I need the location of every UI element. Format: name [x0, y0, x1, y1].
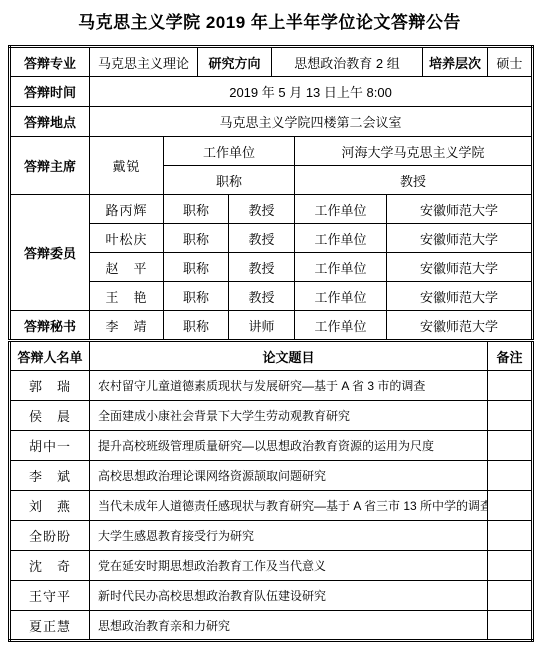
committee-work-value: 安徽师范大学 [387, 195, 533, 224]
thesis-title: 高校思想政治理论课网络资源颉取问题研究 [90, 461, 488, 491]
level-value: 硕士 [488, 47, 533, 77]
thesis-title: 提升高校班级管理质量研究—以思想政治教育资源的运用为尺度 [90, 431, 488, 461]
defense-row: 夏正慧 思想政治教育亲和力研究 [10, 611, 533, 641]
direction-label: 研究方向 [198, 47, 272, 77]
committee-work-label: 工作单位 [295, 253, 387, 282]
defender-name: 夏正慧 [10, 611, 90, 641]
committee-member-name: 路丙辉 [90, 195, 164, 224]
defender-name: 全盼盼 [10, 521, 90, 551]
thesis-title: 大学生感恩教育接受行为研究 [90, 521, 488, 551]
chair-work-label: 工作单位 [164, 137, 295, 166]
secretary-work-label: 工作单位 [295, 311, 387, 341]
defense-row: 李 斌 高校思想政治理论课网络资源颉取问题研究 [10, 461, 533, 491]
committee-title-value: 教授 [229, 224, 295, 253]
remark-cell [488, 371, 533, 401]
committee-work-value: 安徽师范大学 [387, 224, 533, 253]
place-label: 答辩地点 [10, 107, 90, 137]
committee-work-label: 工作单位 [295, 195, 387, 224]
time-label: 答辩时间 [10, 77, 90, 107]
committee-member-row: 答辩委员 路丙辉 职称 教授 工作单位 安徽师范大学 [10, 195, 533, 224]
thesis-title: 思想政治教育亲和力研究 [90, 611, 488, 641]
committee-member-name: 叶松庆 [90, 224, 164, 253]
chair-work-value: 河海大学马克思主义学院 [295, 137, 533, 166]
committee-title-label: 职称 [164, 224, 229, 253]
secretary-name: 李 靖 [90, 311, 164, 341]
thesis-title: 全面建成小康社会背景下大学生劳动观教育研究 [90, 401, 488, 431]
defense-announcement-table: 答辩专业 马克思主义理论 研究方向 思想政治教育 2 组 培养层次 硕士 答辩时… [8, 45, 534, 642]
defender-name: 胡中一 [10, 431, 90, 461]
committee-work-value: 安徽师范大学 [387, 282, 533, 311]
thesis-title: 当代未成年人道德责任感现状与教育研究—基于 A 省三市 13 所中学的调查 [90, 491, 488, 521]
defender-name: 刘 燕 [10, 491, 90, 521]
remark-column-header: 备注 [488, 341, 533, 371]
place-value: 马克思主义学院四楼第二会议室 [90, 107, 533, 137]
committee-work-value: 安徽师范大学 [387, 253, 533, 282]
remark-cell [488, 431, 533, 461]
defender-name: 侯 晨 [10, 401, 90, 431]
committee-title-value: 教授 [229, 253, 295, 282]
row-secretary: 答辩秘书 李 靖 职称 讲师 工作单位 安徽师范大学 [10, 311, 533, 341]
remark-cell [488, 461, 533, 491]
committee-member-name: 王 艳 [90, 282, 164, 311]
defender-name: 李 斌 [10, 461, 90, 491]
committee-work-label: 工作单位 [295, 224, 387, 253]
defense-row: 沈 奇 党在延安时期思想政治教育工作及当代意义 [10, 551, 533, 581]
secretary-title-label: 职称 [164, 311, 229, 341]
defense-list-header: 答辩人名单 论文题目 备注 [10, 341, 533, 371]
chair-label: 答辩主席 [10, 137, 90, 195]
thesis-column-header: 论文题目 [90, 341, 488, 371]
committee-title-value: 教授 [229, 195, 295, 224]
remark-cell [488, 521, 533, 551]
committee-title-value: 教授 [229, 282, 295, 311]
thesis-title: 新时代民办高校思想政治教育队伍建设研究 [90, 581, 488, 611]
remark-cell [488, 581, 533, 611]
remark-cell [488, 401, 533, 431]
major-value: 马克思主义理论 [90, 47, 198, 77]
row-chair-work: 答辩主席 戴锐 工作单位 河海大学马克思主义学院 [10, 137, 533, 166]
defender-name: 王守平 [10, 581, 90, 611]
remark-cell [488, 551, 533, 581]
time-value: 2019 年 5 月 13 日上午 8:00 [90, 77, 533, 107]
secretary-label: 答辩秘书 [10, 311, 90, 341]
major-label: 答辩专业 [10, 47, 90, 77]
remark-cell [488, 491, 533, 521]
committee-member-name: 赵 平 [90, 253, 164, 282]
chair-name: 戴锐 [90, 137, 164, 195]
defense-row: 刘 燕 当代未成年人道德责任感现状与教育研究—基于 A 省三市 13 所中学的调… [10, 491, 533, 521]
remark-cell [488, 611, 533, 641]
secretary-work-value: 安徽师范大学 [387, 311, 533, 341]
row-place: 答辩地点 马克思主义学院四楼第二会议室 [10, 107, 533, 137]
committee-work-label: 工作单位 [295, 282, 387, 311]
committee-title-label: 职称 [164, 253, 229, 282]
secretary-title-value: 讲师 [229, 311, 295, 341]
name-column-header: 答辩人名单 [10, 341, 90, 371]
chair-title-value: 教授 [295, 166, 533, 195]
level-label: 培养层次 [423, 47, 488, 77]
committee-title-label: 职称 [164, 195, 229, 224]
thesis-title: 党在延安时期思想政治教育工作及当代意义 [90, 551, 488, 581]
defender-name: 郭 瑞 [10, 371, 90, 401]
defender-name: 沈 奇 [10, 551, 90, 581]
defense-row: 王守平 新时代民办高校思想政治教育队伍建设研究 [10, 581, 533, 611]
committee-label: 答辩委员 [10, 195, 90, 311]
row-major: 答辩专业 马克思主义理论 研究方向 思想政治教育 2 组 培养层次 硕士 [10, 47, 533, 77]
defense-row: 侯 晨 全面建成小康社会背景下大学生劳动观教育研究 [10, 401, 533, 431]
direction-value: 思想政治教育 2 组 [272, 47, 423, 77]
thesis-title: 农村留守儿童道德素质现状与发展研究—基于 A 省 3 市的调查 [90, 371, 488, 401]
defense-row: 胡中一 提升高校班级管理质量研究—以思想政治教育资源的运用为尺度 [10, 431, 533, 461]
row-time: 答辩时间 2019 年 5 月 13 日上午 8:00 [10, 77, 533, 107]
defense-row: 郭 瑞 农村留守儿童道德素质现状与发展研究—基于 A 省 3 市的调查 [10, 371, 533, 401]
committee-title-label: 职称 [164, 282, 229, 311]
defense-row: 全盼盼 大学生感恩教育接受行为研究 [10, 521, 533, 551]
page-title: 马克思主义学院 2019 年上半年学位论文答辩公告 [0, 0, 539, 35]
chair-title-label: 职称 [164, 166, 295, 195]
